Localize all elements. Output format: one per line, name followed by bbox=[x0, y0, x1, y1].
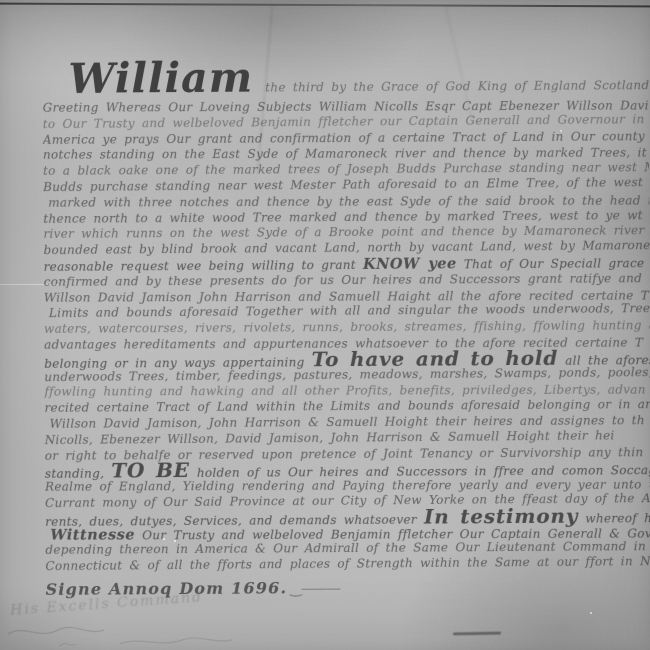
line-text: reasonable request wee being willing to … bbox=[44, 258, 364, 274]
line-text: whereof have ca bbox=[578, 511, 650, 526]
engrossed-word: In testimony bbox=[424, 503, 578, 528]
line-text: thence north to a white wood Tree marked… bbox=[43, 207, 650, 225]
engrossed-initial-word: William bbox=[42, 54, 253, 100]
parchment-top-edge bbox=[0, 3, 650, 8]
line-text: America ye prays Our grant and confirmat… bbox=[43, 129, 650, 147]
line-text: confirmed and by these presents do for u… bbox=[44, 271, 650, 289]
manuscript-line: rents, dues, dutyes, Services, and deman… bbox=[45, 508, 650, 527]
line-text: ffowling hunting and hawking and all oth… bbox=[44, 383, 645, 399]
line-text: the third by the Grace of God King of En… bbox=[265, 77, 648, 95]
line-text: waters, watercourses, rivers, rivolets, … bbox=[44, 318, 650, 336]
flourish-dash: ‿——— bbox=[287, 581, 340, 597]
line-text: recited certaine Tract of Land within th… bbox=[44, 397, 650, 415]
manuscript-line: confirmed and by these presents do for u… bbox=[44, 271, 650, 290]
line-text: That of Our Speciall grace certain bbox=[457, 256, 650, 271]
ink-dash-mark bbox=[453, 632, 501, 635]
opening-line: William the third by the Grace of God Ki… bbox=[42, 54, 648, 100]
line-text: notches standing on the East Syde of Mam… bbox=[43, 146, 650, 162]
manuscript-photo: William the third by the Grace of God Ki… bbox=[0, 0, 650, 650]
line-text: marked with three notches and thence by … bbox=[48, 193, 650, 209]
manuscript-text: William the third by the Grace of God Ki… bbox=[42, 54, 650, 599]
faded-signature-strokes bbox=[0, 620, 300, 650]
engrossed-word: Wittnesse bbox=[50, 526, 135, 543]
engrossed-word: KNOW yee bbox=[363, 255, 457, 273]
manuscript-lines: Greeting Whereas Our Loveing Subjects Wi… bbox=[43, 97, 650, 575]
